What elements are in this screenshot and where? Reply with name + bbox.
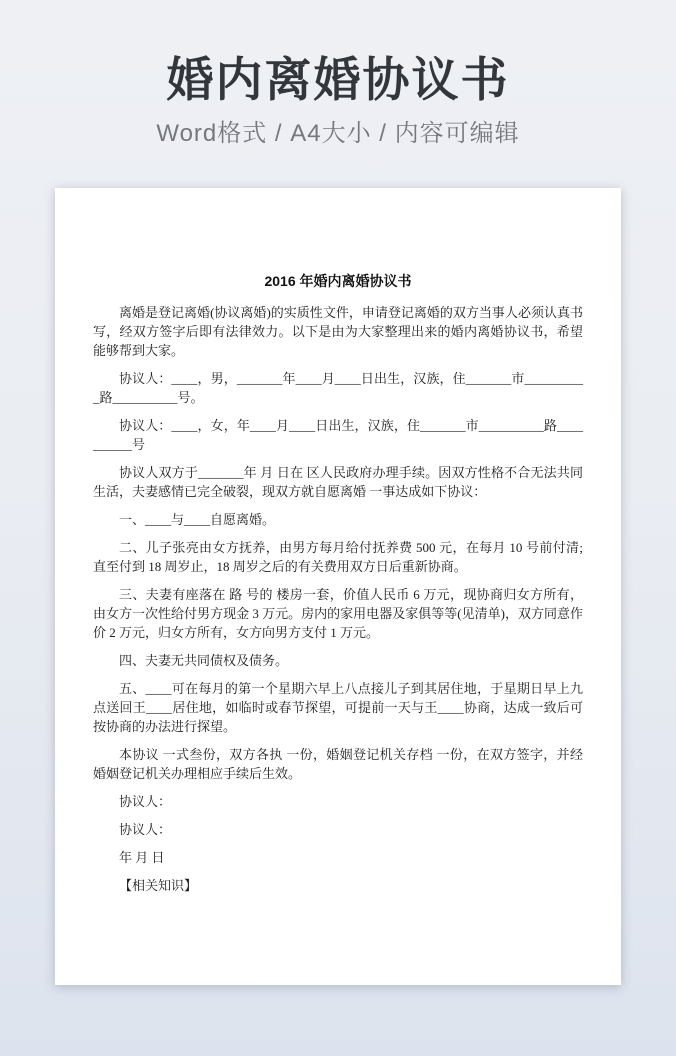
document-title: 2016 年婚内离婚协议书 xyxy=(93,272,583,291)
doc-paragraph: 协议人： xyxy=(93,792,583,811)
doc-paragraph: 协议人： xyxy=(93,820,583,839)
doc-paragraph: 三、夫妻有座落在 路 号的 楼房一套，价值人民币 6 万元，现协商归女方所有，由… xyxy=(93,585,583,642)
document-body: 离婚是登记离婚(协议离婚)的实质性文件，申请登记离婚的双方当事人必须认真书写，经… xyxy=(93,303,583,895)
doc-paragraph: 协议人双方于_______年 月 日在 区人民政府办理手续。因双方性格不合无法共… xyxy=(93,463,583,501)
doc-paragraph: 离婚是登记离婚(协议离婚)的实质性文件，申请登记离婚的双方当事人必须认真书写，经… xyxy=(93,303,583,360)
preview-title: 婚内离婚协议书 xyxy=(0,54,676,106)
preview-subtitle: Word格式 / A4大小 / 内容可编辑 xyxy=(0,120,676,148)
doc-paragraph: 【相关知识】 xyxy=(93,876,583,895)
doc-paragraph: 一、____与____自愿离婚。 xyxy=(93,510,583,529)
doc-paragraph: 五、____可在每月的第一个星期六早上八点接儿子到其居住地，于星期日早上九点送回… xyxy=(93,679,583,736)
preview-header: 婚内离婚协议书 Word格式 / A4大小 / 内容可编辑 xyxy=(0,0,676,188)
doc-paragraph: 本协议 一式叁份，双方各执 一份，婚姻登记机关存档 一份，在双方签字，并经婚姻登… xyxy=(93,745,583,783)
a4-page: 2016 年婚内离婚协议书 离婚是登记离婚(协议离婚)的实质性文件，申请登记离婚… xyxy=(55,188,621,985)
doc-paragraph: 协议人：____，男，_______年____月____日出生，汉族，住____… xyxy=(93,369,583,407)
doc-paragraph: 协议人：____，女，年____月____日出生，汉族，住_______市___… xyxy=(93,416,583,454)
doc-paragraph: 年 月 日 xyxy=(93,848,583,867)
doc-paragraph: 四、夫妻无共同债权及债务。 xyxy=(93,651,583,670)
doc-paragraph: 二、儿子张亮由女方抚养，由男方每月给付抚养费 500 元，在每月 10 号前付清… xyxy=(93,538,583,576)
